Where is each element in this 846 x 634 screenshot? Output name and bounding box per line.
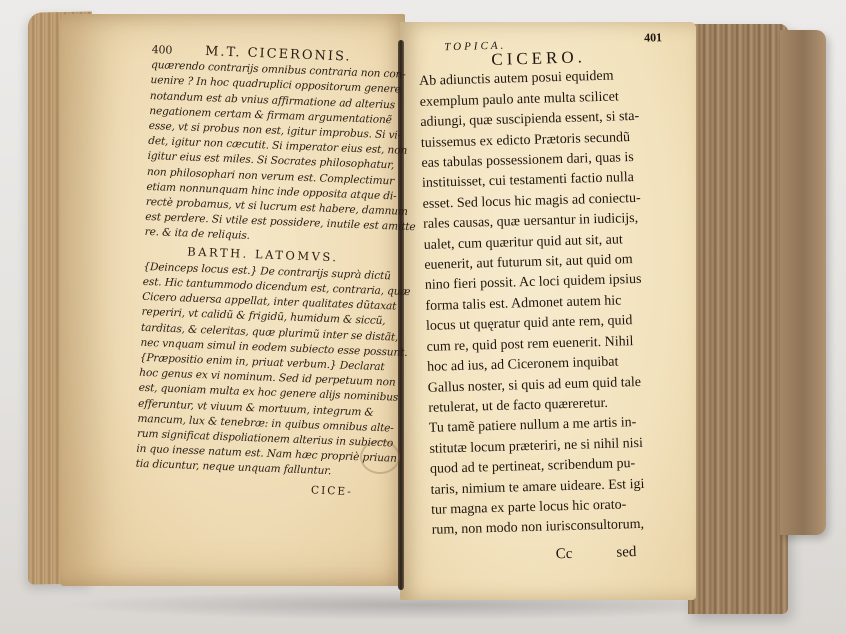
back-cover [780, 30, 826, 535]
book-gutter [398, 40, 404, 590]
book-photo: 400 M.T. CICERONIS. quærendo contrarijs … [0, 0, 846, 634]
folio-number: 400 [151, 42, 172, 58]
folio-number: 401 [644, 27, 663, 48]
signature-mark: Cc [556, 544, 573, 565]
left-page-text: 400 M.T. CICERONIS. quærendo contrarijs … [135, 42, 390, 501]
right-page-edges [688, 24, 788, 614]
running-head: TOPICA. [444, 36, 507, 58]
right-page-text: TOPICA. 401 CICERO. Ab adiunctis autem p… [418, 31, 683, 568]
catchword: sed [616, 542, 637, 563]
